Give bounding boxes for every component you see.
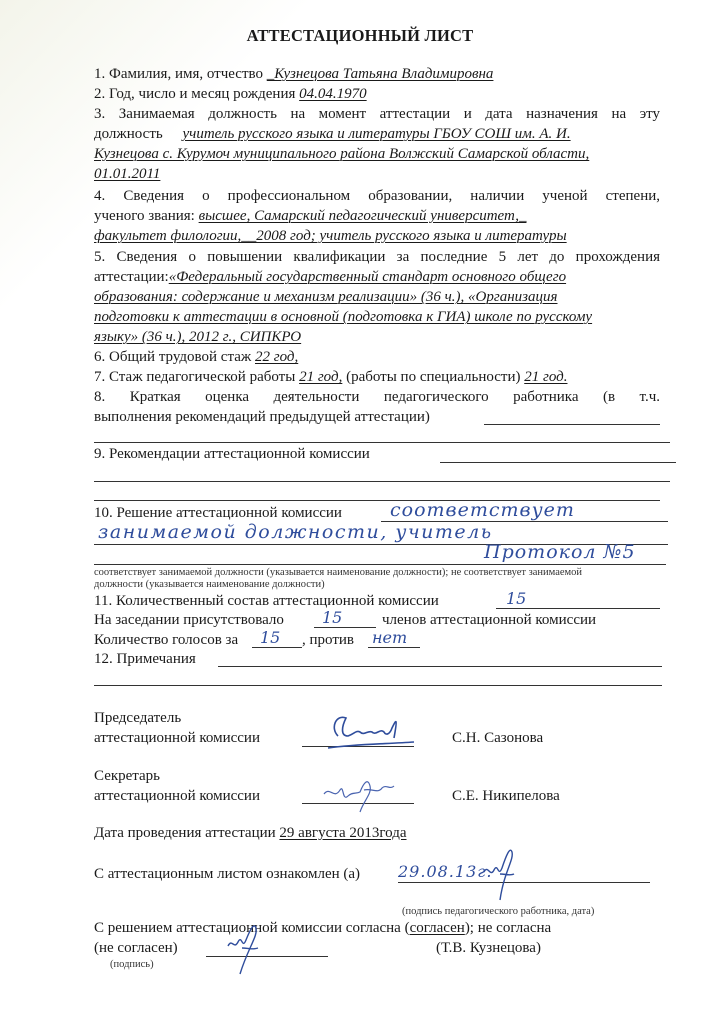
agreement-signature-icon	[224, 920, 264, 976]
item-9-blank-1	[440, 462, 676, 463]
attestation-date: Дата проведения аттестации 29 августа 20…	[94, 825, 407, 842]
attestation-sheet: АТТЕСТАЦИОННЫЙ ЛИСТ 1. Фамилия, имя, отч…	[0, 0, 720, 1024]
item-9-blank-2	[94, 481, 670, 482]
item-8-blank-1	[484, 424, 660, 425]
acquainted-signature-line	[398, 882, 650, 883]
item-2-label: 2. Год, число и месяц рождения	[94, 86, 295, 102]
present-suffix: членов аттестационной комиссии	[382, 612, 596, 629]
chairman-role-line1: Председатель	[94, 710, 181, 727]
item-12-label: 12. Примечания	[94, 651, 196, 668]
item-11-label: 11. Количественный состав аттестационной…	[94, 593, 439, 610]
item-10-blank-3	[94, 564, 666, 565]
agreement-selected-option: согласен	[410, 920, 465, 936]
item-5-label: аттестации:	[94, 269, 169, 285]
document-title: АТТЕСТАЦИОННЫЙ ЛИСТ	[0, 26, 720, 46]
item-7-label: 7. Стаж педагогической работы	[94, 369, 295, 385]
notes-blank-1	[218, 666, 662, 667]
decision-handwriting-line1: соответствует	[390, 499, 575, 521]
commission-size-value: 15	[506, 589, 526, 608]
item-5-line2: аттестации:«Федеральный государственный …	[94, 269, 566, 286]
item-6: 6. Общий трудовой стаж 22 год,	[94, 349, 298, 366]
qualification-value-line2: образования: содержание и механизм реали…	[94, 289, 558, 306]
item-8-label-line1: 8. Краткая оценка деятельности педагогич…	[94, 389, 660, 406]
item-10-label: 10. Решение аттестационной комиссии	[94, 505, 342, 522]
commission-size-blank	[496, 608, 660, 609]
acquainted-date-handwritten: 29.08.13г.	[398, 862, 492, 881]
secretary-role-line2: аттестационной комиссии	[94, 788, 260, 805]
secretary-role-line1: Секретарь	[94, 768, 160, 785]
agreement-line1: С решением аттестационной комиссии согла…	[94, 920, 551, 937]
item-7-label2: (работы по специальности)	[346, 369, 520, 385]
specialty-experience-value: 21 год.	[524, 369, 567, 385]
item-4-label: ученого звания:	[94, 208, 195, 224]
agreement-caption: (подпись)	[110, 958, 154, 971]
position-value-line2: Кузнецова с. Курумоч муниципального райо…	[94, 146, 589, 163]
item-4-line2: ученого звания: высшее, Самарский педаго…	[94, 208, 526, 225]
votes-against-blank	[368, 647, 420, 648]
item-2: 2. Год, число и месяц рождения 04.04.197…	[94, 86, 367, 103]
item-8-label-line2: выполнения рекомендаций предыдущей аттес…	[94, 409, 430, 426]
present-blank	[314, 627, 376, 628]
item-1: 1. Фамилия, имя, отчество _Кузнецова Тат…	[94, 66, 493, 83]
notes-blank-2	[94, 685, 662, 686]
votes-against-value: нет	[372, 628, 407, 647]
qualification-value-line3: подготовки к аттестации в основной (подг…	[94, 309, 592, 326]
chairman-signature-icon	[326, 708, 416, 752]
secretary-signature-icon	[320, 772, 400, 816]
acquainted-signature-icon	[480, 842, 520, 904]
votes-for-label: Количество голосов за	[94, 632, 238, 649]
agreement-name: (Т.В. Кузнецова)	[436, 940, 541, 957]
item-10-hint-line2: должности (указывается наименование долж…	[94, 578, 325, 591]
decision-handwriting-line2: занимаемой должности, учитель	[98, 521, 493, 543]
votes-for-value: 15	[260, 628, 280, 647]
position-value-line1: учитель русского языка и литературы ГБОУ…	[183, 126, 571, 142]
education-value-line1: высшее, Самарский педагогический универс…	[199, 208, 527, 224]
teaching-experience-value: 21 год,	[299, 369, 342, 385]
attestation-date-value: 29 августа 2013года	[279, 825, 406, 841]
chairman-name: С.Н. Сазонова	[452, 730, 543, 747]
votes-for-blank	[252, 647, 302, 648]
agreement-text-c: ); не согласна	[465, 920, 551, 936]
present-value: 15	[322, 608, 342, 627]
acquainted-label: С аттестационным листом ознакомлен (а)	[94, 866, 360, 883]
item-6-label: 6. Общий трудовой стаж	[94, 349, 251, 365]
attestation-date-label: Дата проведения аттестации	[94, 825, 276, 841]
total-experience-value: 22 год,	[255, 349, 298, 365]
item-3-line2: должность учитель русского языка и литер…	[94, 126, 571, 143]
item-1-label: 1. Фамилия, имя, отчество	[94, 66, 263, 82]
item-9-label: 9. Рекомендации аттестационной комиссии	[94, 446, 370, 463]
decision-handwriting-line3: Протокол №5	[484, 541, 636, 563]
present-label: На заседании присутствовало	[94, 612, 284, 629]
item-8-blank-2	[94, 442, 670, 443]
education-value-line2: факультет филологии,__2008 год; учитель …	[94, 228, 567, 245]
item-5-label-line1: 5. Сведения о повышении квалификации за …	[94, 249, 660, 266]
full-name-value: _Кузнецова Татьяна Владимировна	[267, 66, 494, 82]
agreement-line2: (не согласен)	[94, 940, 178, 957]
birth-date-value: 04.04.1970	[299, 86, 367, 102]
qualification-value-line4: языку» (36 ч.), 2012 г., СИПКРО	[94, 329, 301, 346]
acquainted-caption: (подпись педагогического работника, дата…	[402, 905, 594, 918]
votes-against-label: , против	[302, 632, 354, 649]
item-7: 7. Стаж педагогической работы 21 год, (р…	[94, 369, 567, 386]
item-3-label: должность	[94, 126, 163, 142]
secretary-name: С.Е. Никипелова	[452, 788, 560, 805]
position-value-line3: 01.01.2011	[94, 166, 160, 183]
qualification-value-line1: «Федеральный государственный стандарт ос…	[169, 269, 566, 285]
item-9-blank-3	[94, 500, 660, 501]
chairman-role-line2: аттестационной комиссии	[94, 730, 260, 747]
item-3-label-line1: 3. Занимаемая должность на момент аттест…	[94, 106, 660, 123]
item-4-label-line1: 4. Сведения о профессиональном образован…	[94, 188, 660, 205]
